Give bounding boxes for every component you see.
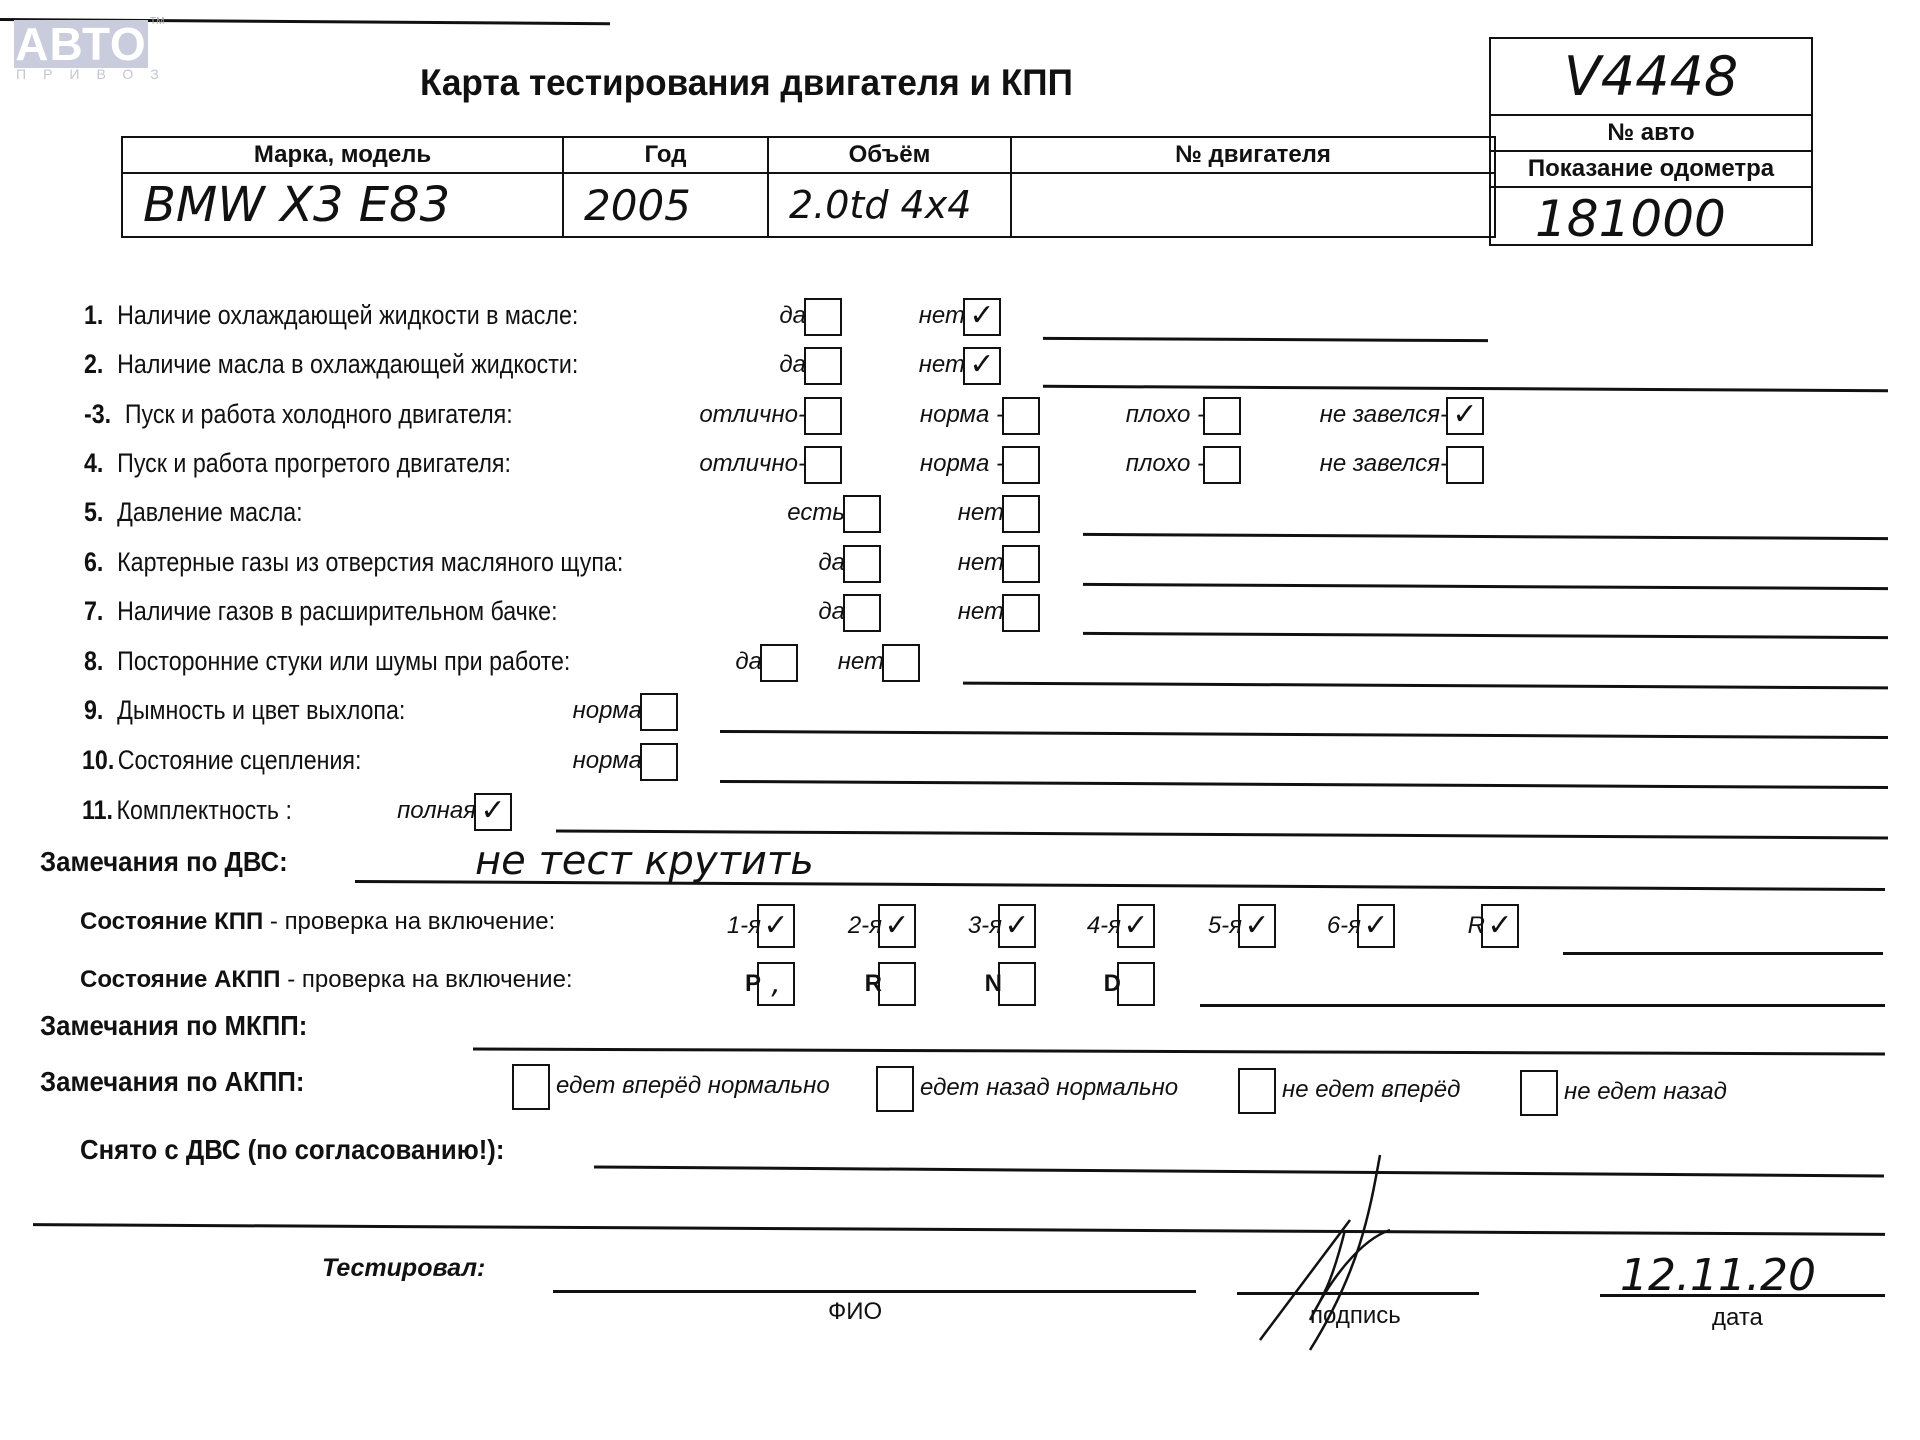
check-row-text: Давление масла: (117, 497, 302, 527)
option-checkbox[interactable] (1446, 446, 1484, 484)
option-checkbox[interactable] (1002, 446, 1040, 484)
akpp-remark-label: не едет вперёд (1282, 1076, 1460, 1104)
option-label: да (818, 549, 845, 577)
option-checkbox[interactable] (843, 594, 881, 632)
check-notes-input[interactable] (1043, 385, 1888, 392)
option-checkbox[interactable]: ✓ (963, 347, 1001, 385)
check-row-number: 11. (82, 795, 113, 825)
car-number-field[interactable]: V4448 (1491, 39, 1811, 116)
check-row-number: 4. (84, 448, 103, 478)
option-checkbox[interactable] (640, 743, 678, 781)
option-checkbox[interactable] (804, 446, 842, 484)
option-checkbox[interactable]: ✓ (1446, 397, 1484, 435)
option-checkbox[interactable] (804, 347, 842, 385)
option-checkbox[interactable] (1002, 495, 1040, 533)
check-row-text: Комплектность : (116, 795, 291, 825)
mkpp-remarks-label: Замечания по МКПП: (40, 1010, 307, 1042)
option-label: да (779, 351, 806, 379)
option-label: да (735, 648, 762, 676)
column-header-year: Год (563, 137, 768, 173)
odometer-label: Показание одометра (1491, 152, 1811, 188)
option-label: норма (573, 697, 642, 725)
gear-checkbox[interactable]: ✓ (757, 904, 795, 948)
check-row-number: 9. (84, 695, 103, 725)
model-field[interactable]: BMW X3 E83 (122, 173, 563, 237)
check-row-number: 7. (84, 596, 103, 626)
date-label: дата (1712, 1304, 1763, 1332)
check-row-number: 1. (84, 300, 103, 330)
car-number-label: № авто (1491, 116, 1811, 152)
gear-checkbox[interactable]: ✓ (878, 904, 916, 948)
option-label: отлично- (699, 401, 806, 429)
option-label: нет (958, 499, 1004, 527)
akpp-label-rest: - проверка на включение: (281, 966, 573, 993)
option-checkbox[interactable] (1203, 446, 1241, 484)
kpp-label: Состояние КПП - проверка на включение: (80, 908, 555, 936)
akpp-remark-checkbox[interactable] (1238, 1068, 1276, 1114)
gear-checkbox[interactable]: ✓ (998, 904, 1036, 948)
gear-checkbox[interactable] (878, 962, 916, 1006)
vehicle-info-table: Марка, модель Год Объём № двигателя BMW … (121, 136, 1496, 238)
option-label: нет (958, 549, 1004, 577)
check-notes-input[interactable] (963, 682, 1888, 689)
column-header-volume: Объём (768, 137, 1011, 173)
check-row-label: -3.Пуск и работа холодного двигателя: (84, 399, 513, 430)
option-label: да (818, 598, 845, 626)
option-label: нет (919, 351, 965, 379)
check-notes-input[interactable] (1083, 533, 1888, 540)
volume-field[interactable]: 2.0td 4x4 (768, 173, 1011, 237)
logo-subtitle: ПРИВОЗ (16, 66, 176, 82)
check-row-number: -3. (84, 399, 111, 429)
check-row-label: 5.Давление масла: (84, 497, 303, 528)
option-label: норма - (920, 450, 1004, 478)
option-checkbox[interactable]: ✓ (963, 298, 1001, 336)
gear-label: 3-я (968, 912, 1002, 940)
gear-checkbox[interactable]: ✓ (1238, 904, 1276, 948)
check-row-text: Состояние сцепления: (118, 745, 362, 775)
check-row-text: Дымность и цвет выхлопа: (117, 695, 405, 725)
date-input[interactable] (1600, 1294, 1885, 1297)
option-checkbox[interactable] (804, 298, 842, 336)
check-row-number: 2. (84, 349, 103, 379)
akpp-label: Состояние АКПП - проверка на включение: (80, 966, 573, 994)
gear-checkbox[interactable] (1117, 962, 1155, 1006)
page-title: Карта тестирования двигателя и КПП (420, 62, 1073, 104)
removed-label: Снято с ДВС (по согласованию!): (80, 1134, 504, 1166)
gear-checkbox[interactable]: ✓ (1117, 904, 1155, 948)
option-label: не завелся- (1320, 401, 1448, 429)
engine-number-field[interactable] (1011, 173, 1495, 237)
check-row-label: 11.Комплектность : (82, 795, 292, 826)
option-label: плохо - (1126, 450, 1205, 478)
option-label: нет (958, 598, 1004, 626)
akpp-remark-checkbox[interactable] (876, 1066, 914, 1112)
gear-label: 4-я (1087, 912, 1121, 940)
option-label: есть (787, 499, 845, 527)
option-checkbox[interactable] (640, 693, 678, 731)
option-checkbox[interactable] (1002, 397, 1040, 435)
option-label: полная (397, 797, 476, 825)
option-label: нет (838, 648, 884, 676)
akpp-notes-input[interactable] (1200, 1004, 1885, 1007)
check-notes-input[interactable] (720, 780, 1888, 789)
option-checkbox[interactable] (760, 644, 798, 682)
check-notes-input[interactable] (1043, 337, 1488, 342)
gear-checkbox[interactable]: ✓ (1481, 904, 1519, 948)
mkpp-remarks-input[interactable] (473, 1048, 1885, 1055)
check-row-label: 6.Картерные газы из отверстия масляного … (84, 547, 623, 578)
column-header-model: Марка, модель (122, 137, 563, 173)
akpp-remark-checkbox[interactable] (512, 1064, 550, 1110)
option-checkbox[interactable] (1203, 397, 1241, 435)
check-notes-input[interactable] (1083, 632, 1888, 639)
option-checkbox[interactable] (1002, 594, 1040, 632)
logo: АВТО (14, 20, 148, 68)
check-notes-input[interactable] (720, 730, 1888, 739)
check-row-text: Посторонние стуки или шумы при работе: (117, 646, 570, 676)
gear-label: 6-я (1327, 912, 1361, 940)
check-row-text: Наличие охлаждающей жидкости в масле: (117, 300, 578, 330)
kpp-label-rest: - проверка на включение: (263, 908, 555, 935)
option-checkbox[interactable] (843, 495, 881, 533)
fio-input[interactable] (553, 1290, 1196, 1293)
check-row-number: 5. (84, 497, 103, 527)
kpp-notes-input[interactable] (1563, 952, 1883, 955)
kpp-label-bold: Состояние КПП (80, 908, 263, 935)
check-row-text: Картерные газы из отверстия масляного щу… (117, 547, 623, 577)
akpp-remark-checkbox[interactable] (1520, 1070, 1558, 1116)
gear-checkbox[interactable]: ✓ (1357, 904, 1395, 948)
option-label: не завелся- (1320, 450, 1448, 478)
check-row-label: 2.Наличие масла в охлаждающей жидкости: (84, 349, 578, 380)
dvs-remarks-value: не тест крутить (475, 838, 814, 884)
akpp-remark-label: не едет назад (1564, 1078, 1727, 1106)
option-checkbox[interactable] (843, 545, 881, 583)
option-checkbox[interactable] (882, 644, 920, 682)
fio-label: ФИО (828, 1298, 882, 1326)
check-notes-input[interactable] (1083, 583, 1888, 590)
gear-label: 5-я (1208, 912, 1242, 940)
check-row-text: Пуск и работа холодного двигателя: (125, 399, 513, 429)
option-label: плохо - (1126, 401, 1205, 429)
gear-label: 1-я (727, 912, 761, 940)
check-row-label: 1.Наличие охлаждающей жидкости в масле: (84, 300, 578, 331)
gear-checkbox[interactable]: , (757, 962, 795, 1006)
gear-label: 2-я (848, 912, 882, 940)
akpp-remark-label: едет назад нормально (920, 1074, 1178, 1102)
option-label: отлично- (699, 450, 806, 478)
akpp-remarks-label: Замечания по АКПП: (40, 1066, 304, 1098)
tested-by-label: Тестировал: (322, 1254, 485, 1283)
car-info-box: V4448 № авто Показание одометра 181000 (1489, 37, 1813, 246)
option-label: норма (573, 747, 642, 775)
check-row-number: 10. (82, 745, 114, 775)
check-row-text: Пуск и работа прогретого двигателя: (117, 448, 511, 478)
divider (33, 1223, 1885, 1235)
option-checkbox[interactable] (804, 397, 842, 435)
signature-label: подпись (1310, 1302, 1401, 1330)
check-row-label: 7.Наличие газов в расширительном бачке: (84, 596, 558, 627)
dvs-remarks-input[interactable] (355, 880, 1885, 891)
check-row-number: 6. (84, 547, 103, 577)
option-checkbox[interactable] (1002, 545, 1040, 583)
akpp-remark-label: едет вперёд нормально (556, 1072, 830, 1100)
column-header-engine-number: № двигателя (1011, 137, 1495, 173)
dvs-remarks-label: Замечания по ДВС: (40, 846, 288, 878)
check-row-label: 9.Дымность и цвет выхлопа: (84, 695, 405, 726)
check-row-label: 8.Посторонние стуки или шумы при работе: (84, 646, 570, 677)
check-row-text: Наличие газов в расширительном бачке: (117, 596, 557, 626)
akpp-label-bold: Состояние АКПП (80, 966, 281, 993)
odometer-field[interactable]: 181000 (1491, 188, 1811, 250)
check-row-text: Наличие масла в охлаждающей жидкости: (117, 349, 578, 379)
check-row-label: 10.Состояние сцепления: (82, 745, 361, 776)
option-checkbox[interactable]: ✓ (474, 793, 512, 831)
gear-checkbox[interactable] (998, 962, 1036, 1006)
logo-trademark: TM (150, 16, 164, 27)
check-row-label: 4.Пуск и работа прогретого двигателя: (84, 448, 511, 479)
check-row-number: 8. (84, 646, 103, 676)
option-label: нет (919, 302, 965, 330)
year-field[interactable]: 2005 (563, 173, 768, 237)
option-label: норма - (920, 401, 1004, 429)
removed-input[interactable] (594, 1165, 1884, 1177)
option-label: да (779, 302, 806, 330)
